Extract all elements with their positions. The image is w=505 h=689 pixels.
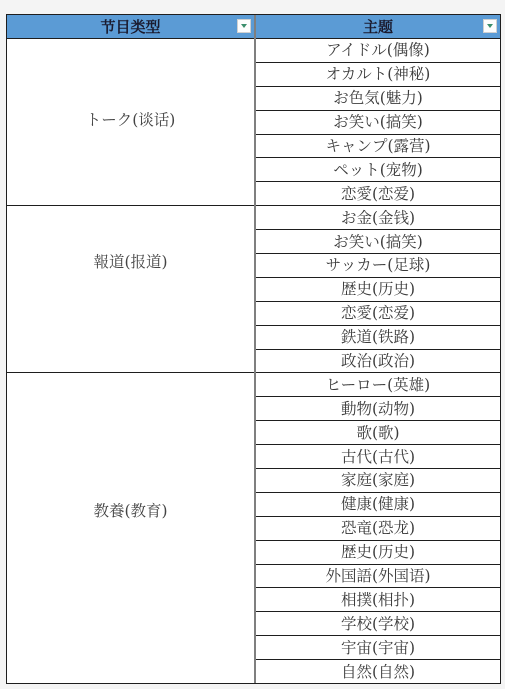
topic-cell[interactable]: オカルト(神秘) (255, 62, 500, 86)
topic-cell[interactable]: 学校(学校) (255, 612, 500, 636)
filter-dropdown-button-type[interactable] (237, 19, 251, 33)
topic-cell[interactable]: サッカー(足球) (255, 254, 500, 278)
topic-cell[interactable]: 歴史(历史) (255, 277, 500, 301)
table-row: 教養(教育)ヒーロー(英雄) (7, 373, 500, 397)
topic-cell[interactable]: 相撲(相扑) (255, 588, 500, 612)
topic-cell[interactable]: キャンプ(露营) (255, 134, 500, 158)
topic-cell[interactable]: 鉄道(铁路) (255, 325, 500, 349)
program-type-label: 報道(报道) (7, 206, 254, 273)
topic-cell[interactable]: お金(金钱) (255, 206, 500, 230)
program-type-cell[interactable]: 報道(报道) (7, 206, 255, 373)
program-type-cell[interactable]: トーク(谈话) (7, 39, 255, 206)
table-row: 報道(报道)お金(金钱) (7, 206, 500, 230)
topic-cell[interactable]: お色気(魅力) (255, 86, 500, 110)
header-row: 节目类型 主题 (7, 15, 500, 39)
topic-cell[interactable]: 恋愛(恋爱) (255, 301, 500, 325)
topic-cell[interactable]: 健康(健康) (255, 492, 500, 516)
topic-cell[interactable]: ペット(宠物) (255, 158, 500, 182)
topic-cell[interactable]: お笑い(搞笑) (255, 230, 500, 254)
column-header-topic: 主题 (255, 15, 500, 39)
topic-cell[interactable]: 宇宙(宇宙) (255, 636, 500, 660)
column-header-label: 节目类型 (100, 18, 160, 36)
column-header-program-type: 节目类型 (7, 15, 255, 39)
dropdown-filter-icon (241, 24, 247, 28)
topic-cell[interactable]: 動物(动物) (255, 397, 500, 421)
topic-cell[interactable]: 恐竜(恐龙) (255, 516, 500, 540)
program-type-label: トーク(谈话) (7, 39, 254, 131)
table-row: トーク(谈话)アイドル(偶像) (7, 39, 500, 63)
program-type-label: 教養(教育) (7, 373, 254, 522)
filter-dropdown-button-topic[interactable] (483, 19, 497, 33)
topic-cell[interactable]: 自然(自然) (255, 660, 500, 683)
program-type-cell[interactable]: 教養(教育) (7, 373, 255, 683)
topic-cell[interactable]: 歴史(历史) (255, 540, 500, 564)
topic-cell[interactable]: 恋愛(恋爱) (255, 182, 500, 206)
topic-cell[interactable]: 家庭(家庭) (255, 469, 500, 493)
topic-cell[interactable]: ヒーロー(英雄) (255, 373, 500, 397)
topic-cell[interactable]: 歌(歌) (255, 421, 500, 445)
topic-cell[interactable]: 古代(古代) (255, 445, 500, 469)
column-header-label: 主题 (363, 18, 393, 36)
dropdown-filter-icon (487, 24, 493, 28)
topic-cell[interactable]: 外国語(外国语) (255, 564, 500, 588)
topic-cell[interactable]: アイドル(偶像) (255, 39, 500, 63)
program-topic-table: 节目类型 主题 トーク(谈话)アイドル(偶像)オカルト(神秘)お色気(魅力)お笑… (6, 14, 501, 684)
topic-cell[interactable]: お笑い(搞笑) (255, 110, 500, 134)
topic-cell[interactable]: 政治(政治) (255, 349, 500, 373)
